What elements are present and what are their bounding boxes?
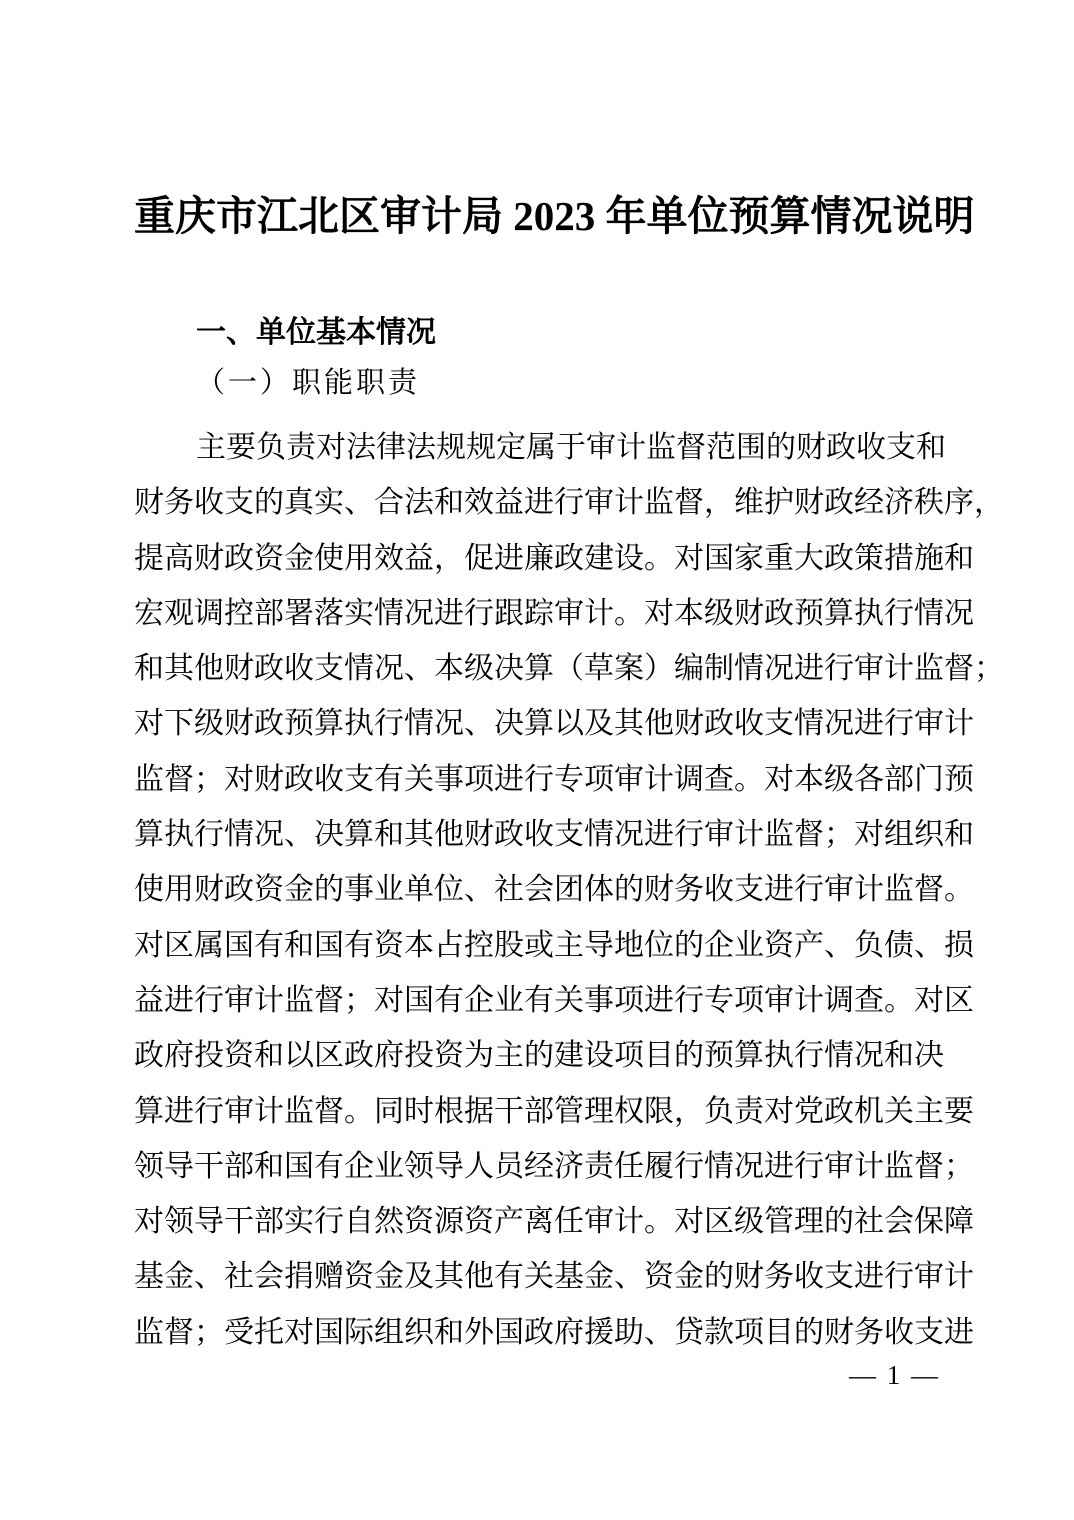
body-line: 监督；对财政收支有关事项进行专项审计调查。对本级各部门预 xyxy=(134,752,941,807)
body-line: 使用财政资金的事业单位、社会团体的财务收支进行审计监督。 xyxy=(134,862,941,917)
body-line: 财务收支的真实、合法和效益进行审计监督，维护财政经济秩序， xyxy=(134,475,941,530)
body-line: 对领导干部实行自然资源资产离任审计。对区级管理的社会保障 xyxy=(134,1194,941,1249)
body-line: 算进行审计监督。同时根据干部管理权限，负责对党政机关主要 xyxy=(134,1084,941,1139)
body-line: 监督；受托对国际组织和外国政府援助、贷款项目的财务收支进 xyxy=(134,1305,941,1360)
document-page: 重庆市江北区审计局 2023 年单位预算情况说明 一、单位基本情况 （一）职能职… xyxy=(0,0,1074,1520)
document-title: 重庆市江北区审计局 2023 年单位预算情况说明 xyxy=(134,188,941,244)
body-line: 和其他财政收支情况、本级决算（草案）编制情况进行审计监督； xyxy=(134,641,941,696)
body-line: 算执行情况、决算和其他财政收支情况进行审计监督；对组织和 xyxy=(134,807,941,862)
body-line: 宏观调控部署落实情况进行跟踪审计。对本级财政预算执行情况 xyxy=(134,586,941,641)
body-line: 提高财政资金使用效益，促进廉政建设。对国家重大政策措施和 xyxy=(134,531,941,586)
body-line: 对区属国有和国有资本占控股或主导地位的企业资产、负债、损 xyxy=(134,918,941,973)
body-line: 益进行审计监督；对国有企业有关事项进行专项审计调查。对区 xyxy=(134,973,941,1028)
sub-heading: （一）职能职责 xyxy=(134,362,941,404)
body-line: 政府投资和以区政府投资为主的建设项目的预算执行情况和决 xyxy=(134,1028,941,1083)
body-line: 主要负责对法律法规规定属于审计监督范围的财政收支和 xyxy=(134,420,941,475)
body-line: 基金、社会捐赠资金及其他有关基金、资金的财务收支进行审计 xyxy=(134,1249,941,1304)
body-line: 领导干部和国有企业领导人员经济责任履行情况进行审计监督； xyxy=(134,1139,941,1194)
page-number: — 1 — xyxy=(849,1357,940,1393)
section-heading: 一、单位基本情况 xyxy=(134,312,941,354)
body-line: 对下级财政预算执行情况、决算以及其他财政收支情况进行审计 xyxy=(134,696,941,751)
body-paragraph: 主要负责对法律法规规定属于审计监督范围的财政收支和 财务收支的真实、合法和效益进… xyxy=(134,420,941,1360)
